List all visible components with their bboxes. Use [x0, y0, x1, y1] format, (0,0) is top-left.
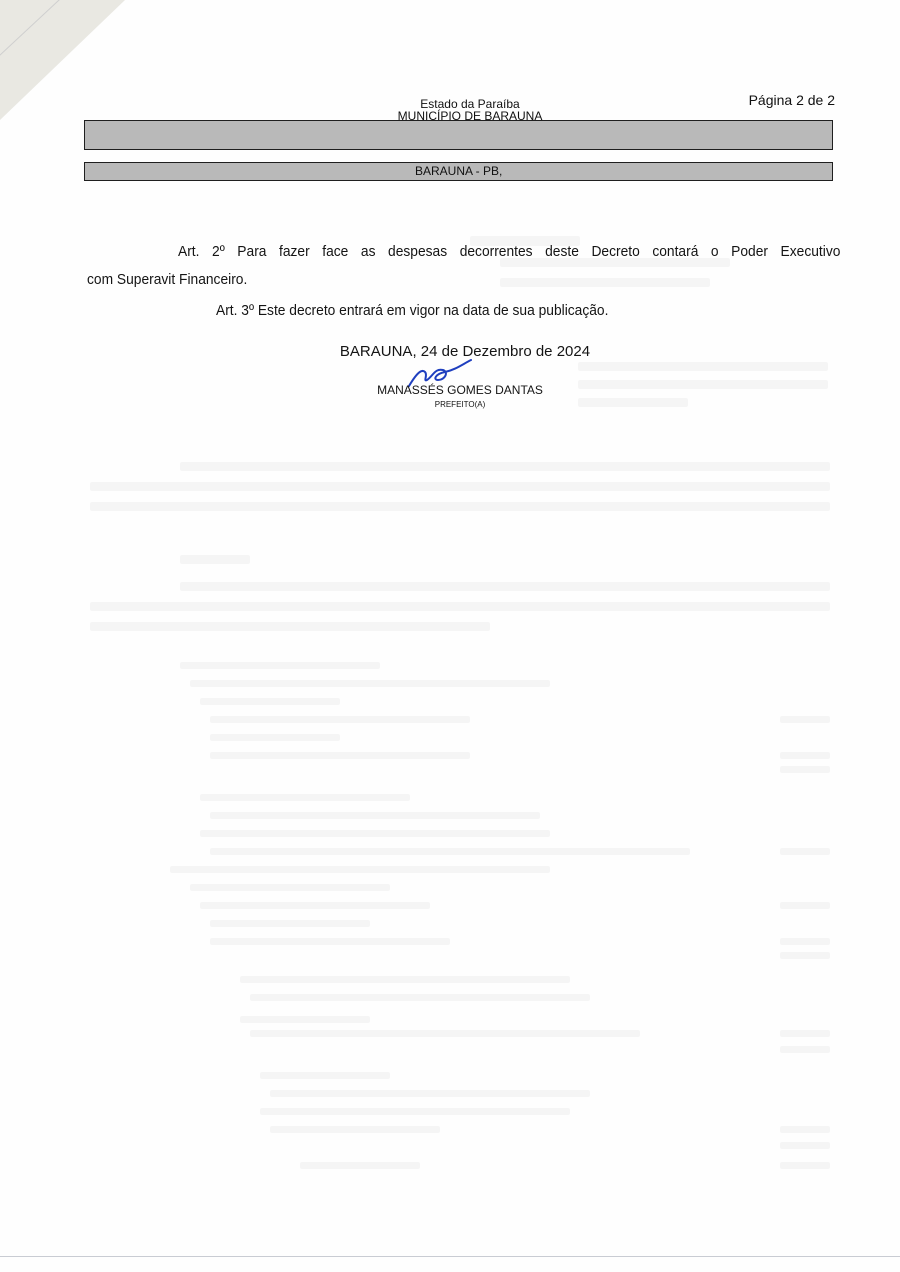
article-3: Art. 3º Este decreto entrará em vigor na…: [216, 302, 608, 319]
page-indicator: Página 2 de 2: [700, 92, 835, 108]
signer-role: PREFEITO(A): [380, 400, 540, 409]
signer-name: MANASSÉS GOMES DANTAS: [330, 383, 590, 397]
article-2-line-2: com Superavit Financeiro.: [87, 271, 247, 288]
article-2-line-1: Art. 2º Para fazer face as despesas deco…: [178, 243, 840, 260]
location-label: BARAUNA - PB,: [415, 164, 502, 179]
document-page: Estado da Paraíba MUNICÍPIO DE BARAUNA P…: [0, 0, 900, 1272]
scan-bottom-edge: [0, 1256, 900, 1257]
header-band-location: BARAUNA - PB,: [84, 162, 833, 181]
folded-corner: [0, 0, 125, 120]
header-band-blank: [84, 120, 833, 150]
